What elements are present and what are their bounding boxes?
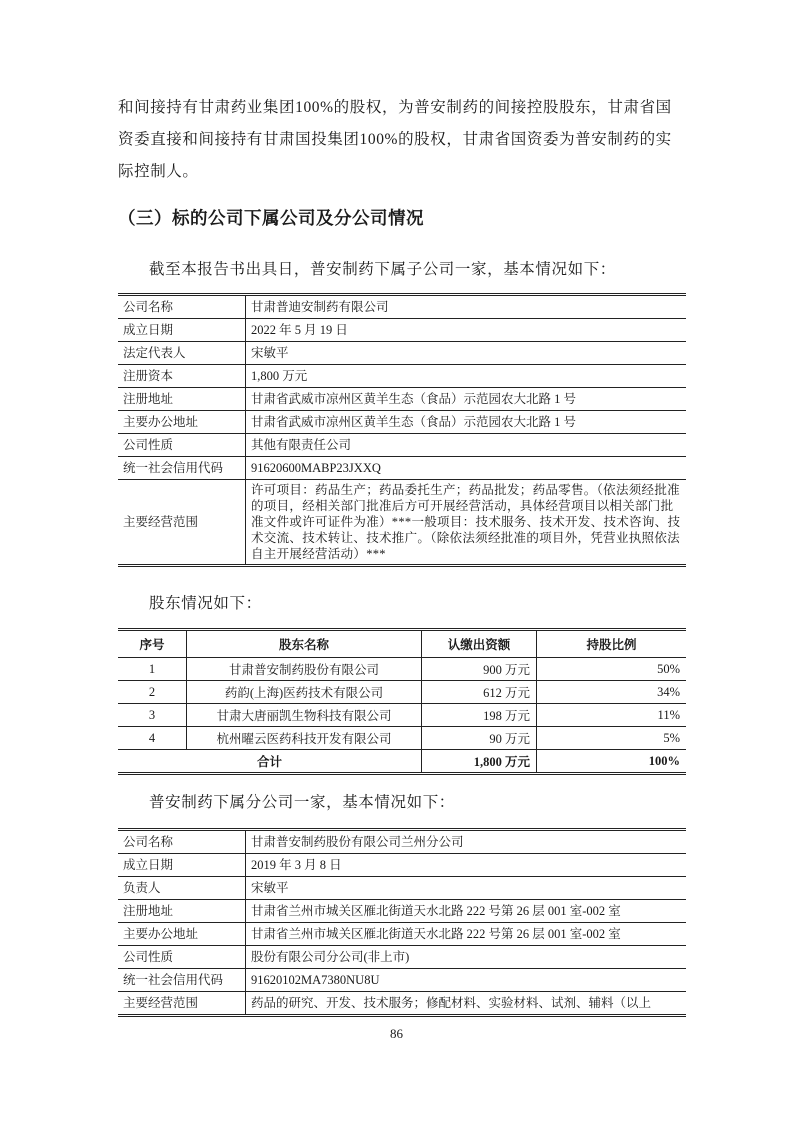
- branch-info-table: 公司名称甘肃普安制药股份有限公司兰州分公司 成立日期2019 年 3 月 8 日…: [118, 828, 686, 1017]
- row-value: 甘肃省武威市凉州区黄羊生态（食品）示范园农大北路 1 号: [246, 388, 687, 411]
- cell-no: 2: [118, 681, 187, 704]
- cell-no: 3: [118, 704, 187, 727]
- cell-name: 甘肃大唐丽凯生物科技有限公司: [187, 704, 422, 727]
- cell-no: 4: [118, 727, 187, 750]
- cell-ratio: 11%: [537, 704, 687, 727]
- table-row: 公司性质股份有限公司分公司(非上市): [118, 946, 686, 969]
- table-row: 法定代表人宋敏平: [118, 342, 686, 365]
- row-label: 注册资本: [118, 365, 246, 388]
- table-row: 注册地址甘肃省武威市凉州区黄羊生态（食品）示范园农大北路 1 号: [118, 388, 686, 411]
- row-value: 甘肃省武威市凉州区黄羊生态（食品）示范园农大北路 1 号: [246, 411, 687, 434]
- cell-ratio: 34%: [537, 681, 687, 704]
- cell-name: 杭州曜云医药科技开发有限公司: [187, 727, 422, 750]
- row-value: 2022 年 5 月 19 日: [246, 319, 687, 342]
- row-value: 宋敏平: [246, 877, 687, 900]
- row-value: 许可项目：药品生产；药品委托生产；药品批发；药品零售。（依法须经批准的项目，经相…: [246, 480, 687, 566]
- cell-amount: 198 万元: [422, 704, 537, 727]
- row-label: 主要经营范围: [118, 992, 246, 1016]
- row-value: 其他有限责任公司: [246, 434, 687, 457]
- header-ratio: 持股比例: [537, 630, 687, 658]
- row-label: 主要办公地址: [118, 923, 246, 946]
- row-value: 甘肃省兰州市城关区雁北街道天水北路 222 号第 26 层 001 室-002 …: [246, 900, 687, 923]
- table-row: 成立日期2019 年 3 月 8 日: [118, 854, 686, 877]
- shareholder-table: 序号 股东名称 认缴出资额 持股比例 1 甘肃普安制药股份有限公司 900 万元…: [118, 628, 686, 775]
- cell-ratio: 50%: [537, 658, 687, 681]
- cell-no: 1: [118, 658, 187, 681]
- row-label: 统一社会信用代码: [118, 969, 246, 992]
- table-row: 成立日期2022 年 5 月 19 日: [118, 319, 686, 342]
- row-label: 主要经营范围: [118, 480, 246, 566]
- subsidiary-info-table: 公司名称甘肃普迪安制药有限公司 成立日期2022 年 5 月 19 日 法定代表…: [118, 293, 686, 567]
- total-amount: 1,800 万元: [422, 750, 537, 774]
- table-row: 公司名称甘肃普安制药股份有限公司兰州分公司: [118, 830, 686, 854]
- table-row: 注册地址甘肃省兰州市城关区雁北街道天水北路 222 号第 26 层 001 室-…: [118, 900, 686, 923]
- row-label: 统一社会信用代码: [118, 457, 246, 480]
- row-value: 股份有限公司分公司(非上市): [246, 946, 687, 969]
- total-ratio: 100%: [537, 750, 687, 774]
- row-label: 成立日期: [118, 319, 246, 342]
- table-row: 4 杭州曜云医药科技开发有限公司 90 万元 5%: [118, 727, 686, 750]
- row-value: 91620102MA7380NU8U: [246, 969, 687, 992]
- table-total-row: 合计 1,800 万元 100%: [118, 750, 686, 774]
- table-row: 统一社会信用代码91620102MA7380NU8U: [118, 969, 686, 992]
- row-label: 公司名称: [118, 830, 246, 854]
- row-label: 注册地址: [118, 900, 246, 923]
- row-value: 1,800 万元: [246, 365, 687, 388]
- table-row: 负责人宋敏平: [118, 877, 686, 900]
- subsidiary-intro: 截至本报告书出具日，普安制药下属子公司一家，基本情况如下：: [118, 254, 686, 286]
- table-header-row: 序号 股东名称 认缴出资额 持股比例: [118, 630, 686, 658]
- row-label: 公司名称: [118, 295, 246, 319]
- row-label: 注册地址: [118, 388, 246, 411]
- cell-ratio: 5%: [537, 727, 687, 750]
- row-label: 公司性质: [118, 434, 246, 457]
- row-value: 甘肃普迪安制药有限公司: [246, 295, 687, 319]
- table-row: 公司性质其他有限责任公司: [118, 434, 686, 457]
- table-row: 注册资本1,800 万元: [118, 365, 686, 388]
- table-row: 主要经营范围许可项目：药品生产；药品委托生产；药品批发；药品零售。（依法须经批准…: [118, 480, 686, 566]
- row-value: 宋敏平: [246, 342, 687, 365]
- shareholder-intro: 股东情况如下：: [118, 588, 686, 620]
- section-heading: （三）标的公司下属公司及分公司情况: [118, 205, 424, 230]
- row-value: 药品的研究、开发、技术服务；修配材料、实验材料、试剂、辅料（以上: [246, 992, 687, 1016]
- cell-name: 药韵(上海)医药技术有限公司: [187, 681, 422, 704]
- cell-amount: 900 万元: [422, 658, 537, 681]
- row-value: 甘肃普安制药股份有限公司兰州分公司: [246, 830, 687, 854]
- row-value: 91620600MABP23JXXQ: [246, 457, 687, 480]
- table-row: 1 甘肃普安制药股份有限公司 900 万元 50%: [118, 658, 686, 681]
- table-row: 主要办公地址甘肃省兰州市城关区雁北街道天水北路 222 号第 26 层 001 …: [118, 923, 686, 946]
- cell-amount: 612 万元: [422, 681, 537, 704]
- table-row: 主要办公地址甘肃省武威市凉州区黄羊生态（食品）示范园农大北路 1 号: [118, 411, 686, 434]
- header-no: 序号: [118, 630, 187, 658]
- row-value: 2019 年 3 月 8 日: [246, 854, 687, 877]
- cell-name: 甘肃普安制药股份有限公司: [187, 658, 422, 681]
- table-row: 3 甘肃大唐丽凯生物科技有限公司 198 万元 11%: [118, 704, 686, 727]
- branch-intro: 普安制药下属分公司一家，基本情况如下：: [118, 787, 686, 819]
- intro-paragraph: 和间接持有甘肃药业集团100%的股权，为普安制药的间接控股股东，甘肃省国资委直接…: [118, 92, 686, 188]
- row-value: 甘肃省兰州市城关区雁北街道天水北路 222 号第 26 层 001 室-002 …: [246, 923, 687, 946]
- row-label: 负责人: [118, 877, 246, 900]
- header-amount: 认缴出资额: [422, 630, 537, 658]
- table-row: 统一社会信用代码91620600MABP23JXXQ: [118, 457, 686, 480]
- header-name: 股东名称: [187, 630, 422, 658]
- total-label: 合计: [118, 750, 422, 774]
- table-row: 公司名称甘肃普迪安制药有限公司: [118, 295, 686, 319]
- page-number: 86: [0, 1026, 793, 1042]
- table-row: 主要经营范围药品的研究、开发、技术服务；修配材料、实验材料、试剂、辅料（以上: [118, 992, 686, 1016]
- row-label: 主要办公地址: [118, 411, 246, 434]
- table-row: 2 药韵(上海)医药技术有限公司 612 万元 34%: [118, 681, 686, 704]
- cell-amount: 90 万元: [422, 727, 537, 750]
- row-label: 法定代表人: [118, 342, 246, 365]
- row-label: 成立日期: [118, 854, 246, 877]
- row-label: 公司性质: [118, 946, 246, 969]
